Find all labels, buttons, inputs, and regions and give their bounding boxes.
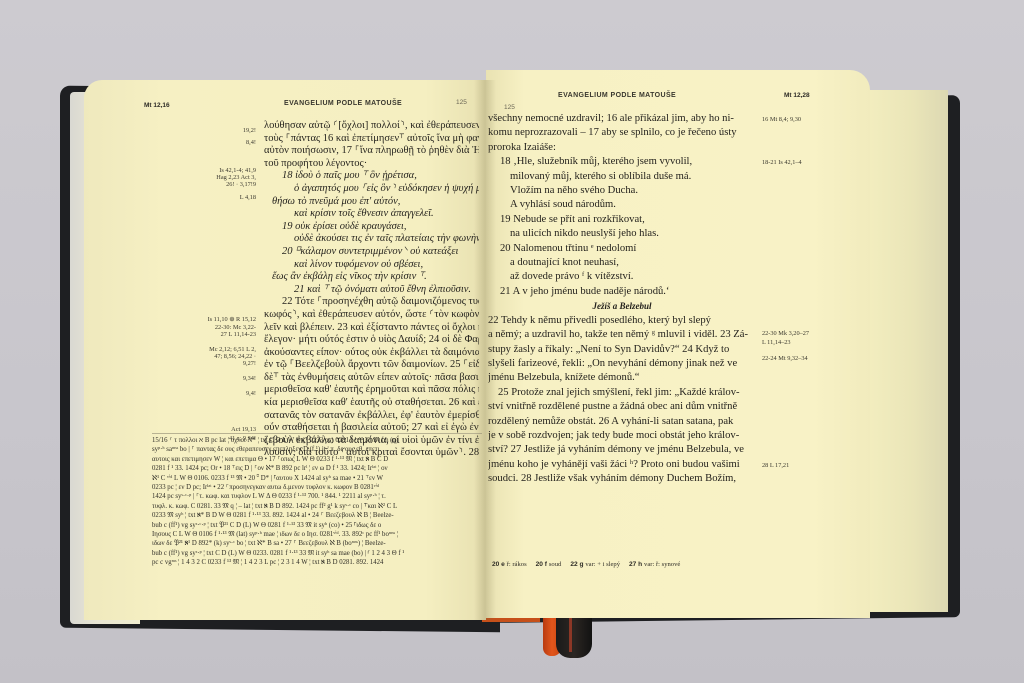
- greek-text-column: λούθησαν αὐτῷ ⸂[ὄχλοι] πολλοί⸃, καὶ ἐθερ…: [264, 120, 479, 460]
- czech-text-line: milovaný můj, kterého si oblíbila duše m…: [488, 170, 756, 184]
- czech-text-line: ství vnitřně rozdělené pustne a žádná ob…: [488, 400, 756, 414]
- czech-text-line: 19 Nebude se přít ani rozkřikovat,: [488, 213, 756, 227]
- book-gutter-shadow: [474, 80, 496, 620]
- translation-footnotes: 20 e ř: rákos20 f soud22 g var: + i slep…: [492, 561, 772, 568]
- greek-text-line: ὁ ἀγαπητός μου ⸀εἰς ὃν⸃ εὐδόκησεν ἡ ψυχή…: [264, 183, 479, 196]
- right-page: 125 EVANGELIUM PODLE MATOUŠE Mt 12,28 vš…: [486, 70, 870, 618]
- apparatus-line: 0233 pc ¦ εν D pc; Irˡᵃᵗ • 22 ⸀προσηνεγκ…: [152, 483, 482, 492]
- cross-reference: L 11,14–23: [762, 339, 791, 347]
- greek-text-line: 21 καὶ ⸆ τῷ ὀνόματι αὐτοῦ ἔθνη ἐλπιοῦσιν…: [264, 284, 479, 297]
- greek-text-line: 20 ⸋κάλαμον συντετριμμένον⸌ οὐ κατεάξει: [264, 246, 479, 259]
- footnote-ref: 22 g: [570, 561, 585, 568]
- czech-text-line: komu neprozrazovali – 17 aby se splnilo,…: [488, 126, 756, 140]
- bookmark-ribbon-black[interactable]: [556, 612, 592, 658]
- apparatus-line: pc c vgᵐˢ ¦ 1 4 3 2 C 0233 f ¹³ 𝔐 ¦ 1 4 …: [152, 558, 482, 567]
- greek-text-line: κία μερισθεῖσα καθ' ἑαυτῆς οὐ σταθήσεται…: [264, 397, 479, 410]
- greek-text-line: ἀκούσαντες εἶπον· οὗτος οὐκ ἐκβάλλει τὰ …: [264, 347, 479, 360]
- czech-text-line: Vložím na něho svého Ducha.: [488, 184, 756, 198]
- left-page: Mt 12,16 EVANGELIUM PODLE MATOUŠE 125 19…: [84, 80, 486, 620]
- greek-text-line: 18 ἰδοὺ ὁ παῖς μου ⸆ ὃν ᾑρέτισα,: [264, 170, 479, 183]
- greek-text-line: καὶ λίνον τυφόμενον οὐ σβέσει,: [264, 259, 479, 272]
- apparatus-line: αυτοις και επετιμησεν W ¦ και επετιμα Θ …: [152, 455, 482, 464]
- apparatus-line: bub c (ff¹) vg syˢ·ᵖ ¦ txt C D (L) W Θ 0…: [152, 549, 482, 558]
- footnote-text: ř: rákos: [507, 561, 527, 568]
- cross-reference: 9,4!: [246, 390, 256, 398]
- czech-text-line: ství? 27 Jestliže já vyháním démony ve j…: [488, 443, 756, 457]
- footnote: 22 g var: + i slepý: [570, 561, 620, 568]
- footnote-text: var: + i slepý: [585, 561, 620, 568]
- cross-reference: 19,2!: [243, 127, 256, 135]
- greek-text-line: τοὺς ⸀πάντας 16 καὶ ἐπετίμησεν⸆ αὐτοῖς ἵ…: [264, 133, 479, 146]
- apparatus-line: 0281 f ¹ 33. 1424 pc; Or • 18 ⸆εις D | ⸀…: [152, 464, 482, 473]
- czech-text-line: 20 Nalomenou třtinu ᵉ nedolomí: [488, 242, 756, 256]
- footnote: 27 h var: ř: synové: [629, 561, 680, 568]
- footnote-text: var: ř: synové: [644, 561, 680, 568]
- greek-text-line: 19 οὐκ ἐρίσει οὐδὲ κραυγάσει,: [264, 221, 479, 234]
- right-running-head: EVANGELIUM PODLE MATOUŠE: [558, 92, 676, 99]
- czech-text-line: 18 ‚Hle, služebník můj, kterého jsem vyv…: [488, 155, 756, 169]
- cross-reference: 28 L 17,21: [762, 462, 789, 470]
- greek-text-line: μερισθεῖσα καθ' ἑαυτῆς ἐρημοῦται καὶ πᾶσ…: [264, 384, 479, 397]
- footnote: 20 f soud: [536, 561, 562, 568]
- czech-text-line: soudci. 28 Jestliže však vyháním démony …: [488, 472, 756, 486]
- page-block-edge-right: [860, 90, 948, 612]
- cross-reference: 9,27!: [243, 360, 256, 368]
- cross-reference: 16 Mt 8,4; 9,30: [762, 116, 801, 124]
- apparatus-line: 15/16 ⸂ τ πολλοι ℵ B pc lat ¦ οχλοι N* ¦…: [152, 436, 482, 445]
- footnote: 20 e ř: rákos: [492, 561, 527, 568]
- czech-text-line: na ulicích nikdo neuslyší jeho hlas.: [488, 227, 756, 241]
- footnote-ref: 20 f: [536, 561, 549, 568]
- czech-text-line: A vyhlásí soud národům.: [488, 198, 756, 212]
- czech-text-line: slyšeli farizeové, řekli: „On nevyhání d…: [488, 357, 756, 371]
- greek-text-line: αὐτὸν ποιήσωσιν, 17 ⸀ἵνα πληρωθῇ τὸ ῥηθὲ…: [264, 145, 479, 158]
- ribbon-stripe: [569, 612, 572, 652]
- greek-text-line: λούθησαν αὐτῷ ⸂[ὄχλοι] πολλοί⸃, καὶ ἐθερ…: [264, 120, 479, 133]
- cross-reference: Is 11,10 ⊕ R 15,12: [208, 316, 256, 324]
- czech-text-line: Ježíš a Belzebul: [488, 299, 756, 313]
- czech-text-line: 25 Protože znal jejich smýšlení, řekl ji…: [488, 386, 756, 400]
- apparatus-line: τυφλ. κ. κωφ. C 0281. 33 𝔐 q ¦ – lat ¦ t…: [152, 502, 482, 511]
- cross-reference: 18-21 Is 42,1–4: [762, 159, 802, 167]
- greek-text-line: λεῖν καὶ βλέπειν. 23 καὶ ἐξίσταντο πάντε…: [264, 322, 479, 335]
- cross-reference: 8,4!: [246, 139, 256, 147]
- cross-reference: L 4,18: [240, 194, 256, 202]
- czech-text-line: je v sobě rozdvojen; jak tedy bude moci …: [488, 429, 756, 443]
- apparatus-line: bub c (ff¹) vg syˢ·ᶜ·ᵖ ¦ txt 𝔓²¹ C D (L)…: [152, 521, 482, 530]
- greek-text-line: ἕως ἂν ἐκβάλῃ εἰς νῖκος τὴν κρίσιν ⸆.: [264, 271, 479, 284]
- czech-text-line: 21 A v jeho jménu bude naděje národů.‘: [488, 285, 756, 299]
- czech-text-line: 22 Tehdy k němu přivedli posedlého, kter…: [488, 314, 756, 328]
- greek-text-line: δὲ⸆ τὰς ἐνθυμήσεις αὐτῶν εἶπεν αὐτοῖς· π…: [264, 372, 479, 385]
- cross-reference: 9,34!: [243, 375, 256, 383]
- footnote-text: soud: [549, 561, 561, 568]
- czech-text-line: jménu koho je vyhánějí vaši žáci ʰ? Prot…: [488, 458, 756, 472]
- greek-text-line: τοῦ προφήτου λέγοντος·: [264, 158, 479, 171]
- apparatus-line: 0233 𝔐 syʰ ¦ txt ℵ* B D W Θ 0281 f ¹·¹³ …: [152, 511, 482, 520]
- photo-scene: Mt 12,16 EVANGELIUM PODLE MATOUŠE 125 19…: [0, 0, 1024, 683]
- greek-text-line: κωφός⸃, καὶ ἐθεράπευσεν αὐτόν, ὥστε ⸂τὸν…: [264, 309, 479, 322]
- cross-reference: 22-30 Mk 3,20–27: [762, 330, 809, 338]
- czech-text-line: až dovede právo ᶠ k vítězství.: [488, 270, 756, 284]
- greek-text-line: θήσω τὸ πνεῦμά μου ἐπ' αὐτόν,: [264, 196, 479, 209]
- cross-reference: 27 L 11,14-23: [221, 331, 256, 339]
- greek-text-line: οὐδὲ ἀκούσει τις ἐν ταῖς πλατείαις τὴν φ…: [264, 233, 479, 246]
- czech-text-line: stupy žasly a říkaly: „Není to Syn David…: [488, 343, 756, 357]
- greek-text-line: σατανᾶς τὸν σατανᾶν ἐκβάλλει, ἐφ' ἑαυτὸν…: [264, 410, 479, 423]
- right-page-number: 125: [504, 104, 515, 111]
- apparatus-line: ℵ¹ C ᵛⁱᵈ L W Θ 0106. 0233 f ¹³ 𝔐 • 20 ⸋ …: [152, 474, 482, 483]
- czech-text-line: všechny nemocné uzdravil; 16 ale přikáza…: [488, 112, 756, 126]
- footnote-ref: 27 h: [629, 561, 644, 568]
- left-running-head: EVANGELIUM PODLE MATOUŠE: [284, 100, 402, 107]
- apparatus-line: ιδων δε 𝔓²¹ ℵ¹ D 892* (k) syˢ·ᶜ bo ¦ txt…: [152, 539, 482, 548]
- left-page-number: 125: [456, 99, 467, 106]
- apparatus-line: Ιησους C L W Θ 0106 f ¹·¹³ 𝔐 (lat) syᵖ·ʰ…: [152, 530, 482, 539]
- right-margin-references: 16 Mt 8,4; 9,3018-21 Is 42,1–422-30 Mk 3…: [762, 70, 862, 530]
- czech-text-line: a němý; a uzdravil ho, takže ten němý ᵍ …: [488, 328, 756, 342]
- cross-reference: 22-24 Mt 9,32–34: [762, 355, 808, 363]
- cross-reference: 26! · 3,17!9: [226, 181, 256, 189]
- greek-text-line: ἔλεγον· μήτι οὗτός ἐστιν ὁ υἱὸς Δαυίδ; 2…: [264, 334, 479, 347]
- greek-text-line: 22 Τότε ⸀προσηνέχθη αὐτῷ δαιμονιζόμενος …: [264, 296, 479, 309]
- czech-text-line: proroka Izaiáše:: [488, 141, 756, 155]
- czech-text-line: a doutnající knot neuhasí,: [488, 256, 756, 270]
- czech-text-line: rozdělený nemůže obstát. 26 A vyhání-li …: [488, 415, 756, 429]
- left-margin-references: 19,2!8,4!Is 42,1-4; 41,9Hag 2,23 Act 3,2…: [144, 80, 256, 480]
- czech-text-column: všechny nemocné uzdravil; 16 ale přikáza…: [488, 112, 756, 487]
- apparatus-line: 1424 pc syˢ·ᶜ·ᵖ | ⸀τ. κωφ. και τυφλον L …: [152, 492, 482, 501]
- greek-text-line: ἐν τῷ ⸀Βεελζεβοὺλ ἄρχοντι τῶν δαιμονίων.…: [264, 359, 479, 372]
- greek-text-line: καὶ κρίσιν τοῖς ἔθνεσιν ἀπαγγελεῖ.: [264, 208, 479, 221]
- critical-apparatus: 15/16 ⸂ τ πολλοι ℵ B pc lat ¦ οχλοι N* ¦…: [152, 433, 482, 568]
- czech-text-line: jménu Belzebula, knížete démonů.“: [488, 371, 756, 385]
- apparatus-line: syᵖ·ʰ saᵐˢˢ bo | ⸀ παντας δε ους εθεραπε…: [152, 445, 482, 454]
